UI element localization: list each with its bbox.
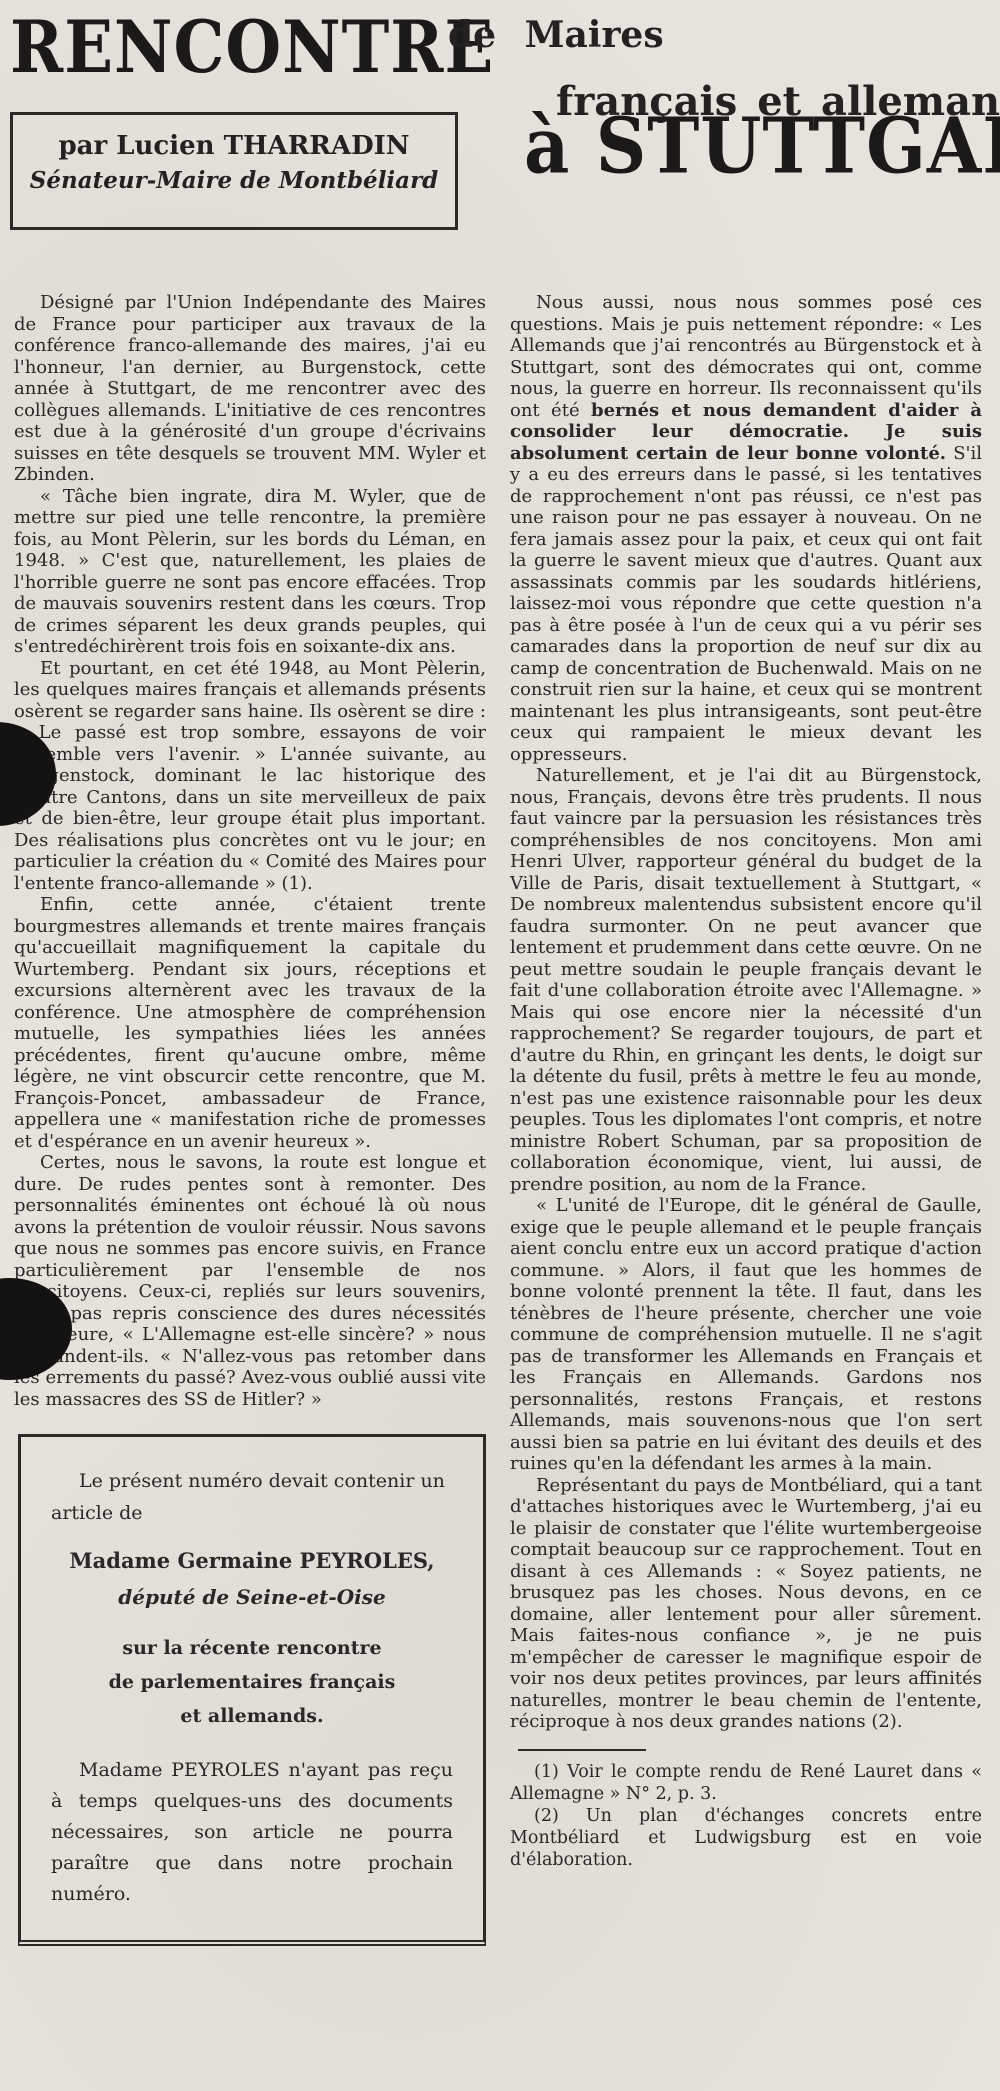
notice-closing: Madame PEYROLES n'ayant pas reçu à temps…: [51, 1755, 453, 1910]
paragraph: Nous aussi, nous nous sommes posé ces qu…: [510, 292, 982, 765]
notice-subject: sur la récente rencontre de parlementair…: [51, 1631, 453, 1733]
notice-intro: Le présent numéro devait contenir un art…: [51, 1465, 453, 1529]
article-left-column: Désigné par l'Union Indépendante des Mai…: [14, 292, 486, 1946]
paragraph: Enfin, cette année, c'étaient trente bou…: [14, 894, 486, 1152]
byline-box: par Lucien THARRADIN Sénateur-Maire de M…: [10, 112, 458, 230]
notice-subject-line: de parlementaires français: [109, 1671, 396, 1693]
paragraph: Naturellement, et je l'ai dit au Bürgens…: [510, 765, 982, 1195]
notice-subject-line: sur la récente rencontre: [122, 1637, 381, 1659]
notice-box: Le présent numéro devait contenir un art…: [18, 1434, 486, 1946]
paragraph-text: S'il y a eu des erreurs dans le passé, s…: [510, 443, 982, 765]
paragraph: « L'unité de l'Europe, dit le général de…: [510, 1195, 982, 1475]
footnotes: (1) Voir le compte rendu de René Lauret …: [510, 1749, 982, 1871]
footnote: (2) Un plan d'échanges concrets entre Mo…: [510, 1805, 982, 1871]
notice-subject-line: et allemands.: [180, 1705, 323, 1727]
article-right-column: Nous aussi, nous nous sommes posé ces qu…: [510, 292, 982, 1871]
headline-main: RENCONTRE: [10, 6, 494, 90]
byline-author: par Lucien THARRADIN: [13, 131, 455, 161]
notice-author-name: Madame Germaine PEYROLES,: [51, 1545, 453, 1577]
footnote-separator: [518, 1749, 646, 1751]
paragraph: Et pourtant, en cet été 1948, au Mont Pè…: [14, 658, 486, 895]
paragraph: « Tâche bien ingrate, dira M. Wyler, que…: [14, 486, 486, 658]
byline-role: Sénateur-Maire de Montbéliard: [13, 167, 455, 194]
paragraph: Désigné par l'Union Indépendante des Mai…: [14, 292, 486, 486]
paragraph: Certes, nous le savons, la route est lon…: [14, 1152, 486, 1410]
headline-location: à STUTTGART: [524, 100, 1000, 191]
notice-author-role: député de Seine-et-Oise: [51, 1581, 453, 1613]
paragraph: Représentant du pays de Montbéliard, qui…: [510, 1475, 982, 1733]
footnote: (1) Voir le compte rendu de René Lauret …: [510, 1761, 982, 1805]
headline-sub-de-maires: de Maires: [448, 14, 664, 56]
newspaper-page: RENCONTRE de Maires français et allemand…: [0, 0, 1000, 2091]
